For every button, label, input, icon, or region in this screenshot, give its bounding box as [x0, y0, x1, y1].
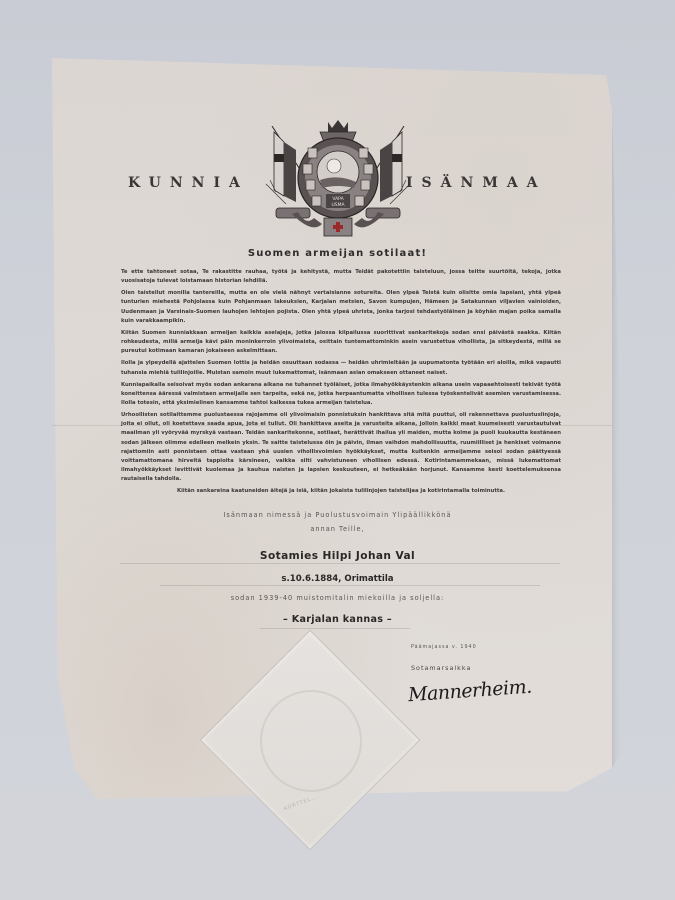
paragraph: Ilolla ja ylpeydellä ajattelen Suomen lo… — [121, 359, 561, 377]
award-intro-line: Isänmaan nimessä ja Puolustusvoimain Yli… — [0, 508, 675, 522]
recipient-name: Sotamies Hilpi Johan Val — [0, 550, 675, 562]
coat-of-arms-emblem: VAPA USMA — [262, 118, 414, 246]
paragraph: Kunniapaikalla seisoivat myös sodan anka… — [121, 381, 561, 408]
place-date: Päämajassa v. 1940 — [411, 645, 477, 650]
embossed-seal-ring — [260, 690, 362, 792]
battle-region: – Karjalan kannas – — [0, 614, 675, 625]
birth-rule — [160, 585, 540, 586]
region-rule — [260, 628, 410, 629]
svg-text:USMA: USMA — [331, 202, 345, 208]
header-word-left: KUNNIA — [128, 175, 249, 191]
proclamation-body: Te ette tahtoneet sotaa, Te rakastitte r… — [121, 268, 561, 499]
paragraph: Kiitän Suomen kunniakkaan armeijan kaikk… — [121, 329, 561, 356]
paragraph: Te ette tahtoneet sotaa, Te rakastitte r… — [121, 268, 561, 286]
signer-rank: Sotamarsalkka — [411, 664, 471, 672]
paragraph: Kiitän sankareina kaatuneiden äitejä ja … — [121, 487, 561, 496]
name-rule — [120, 563, 560, 564]
award-intro: Isänmaan nimessä ja Puolustusvoimain Yli… — [0, 508, 675, 536]
medal-description: sodan 1939-40 muistomitalin miekoilla ja… — [0, 594, 675, 602]
svg-text:VAPA: VAPA — [332, 196, 344, 202]
recipient-birth-info: s.10.6.1884, Orimattila — [0, 574, 675, 584]
award-intro-line: annan Teille, — [0, 522, 675, 536]
paragraph: Urhoollisten sotilaittemme puolustaessa … — [121, 411, 561, 484]
header-word-right: ISÄNMAA — [406, 175, 547, 191]
document-title: Suomen armeijan sotilaat! — [0, 248, 675, 259]
paragraph: Olen taistellut monilla tantereilla, mut… — [121, 289, 561, 325]
